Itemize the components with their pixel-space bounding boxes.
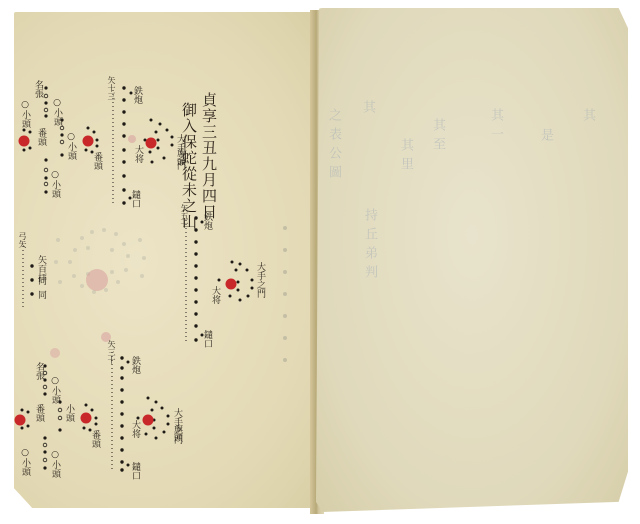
diagram-label: 番頭 [90,430,99,448]
red-commander-marker [15,415,26,426]
diagram-label: 番頭 [92,152,101,170]
diagram-label: 大将 [133,145,142,163]
diagram-label: 番頭 [36,128,45,146]
diagram-label: 名張 [33,80,42,98]
diagram-label: ○小頭 [50,450,59,478]
diagram-label: 大手之門 [255,262,264,298]
faded-center-circle [86,269,108,291]
diagram-label: ○小頭 [20,448,29,476]
diagram-label: 大将 [210,286,219,304]
diagram-label: 旗頭 [175,148,184,166]
red-commander-marker [146,138,157,149]
column-head: 矢三十 [107,340,115,364]
column-head: 矢十三 [107,76,115,100]
red-commander-marker [83,136,94,147]
diagram-label: ○小頭 [50,376,59,404]
red-commander-marker [226,279,237,290]
diagram-label: ○小頭 [50,170,59,198]
diagram-label: 大将 [130,420,139,438]
diagram-label: 鉄炮 [130,356,139,374]
diagram-label: 小頭 [64,404,73,422]
diagram-label: 名張 [34,362,43,380]
red-commander-marker [143,415,154,426]
diagram-label: 番頭 [34,404,43,422]
column-head: 弓矢 [18,232,26,248]
column-head: 矢五十 [180,204,188,228]
title-line-1: 貞享三丑九月四日 [201,92,216,220]
diagram-label: 鑓口 [202,330,211,348]
red-commander-marker [81,413,92,424]
diagram-label: 旗頭 [172,424,181,442]
diagram-label: 鑓口 [130,190,139,208]
diagram-label: 鉄炮 [132,86,141,104]
diagram-label: ○小頭 [66,132,75,160]
diagram-label: 同 [36,290,45,299]
red-commander-marker [19,136,30,147]
diagram-label: 鑓口 [130,462,139,480]
diagram-label: ○小頭 [20,100,29,128]
diagram-label: ○小頭 [52,98,61,126]
diagram-label: 同 [36,276,45,285]
diagram-label: 鉄炮 [202,212,211,230]
